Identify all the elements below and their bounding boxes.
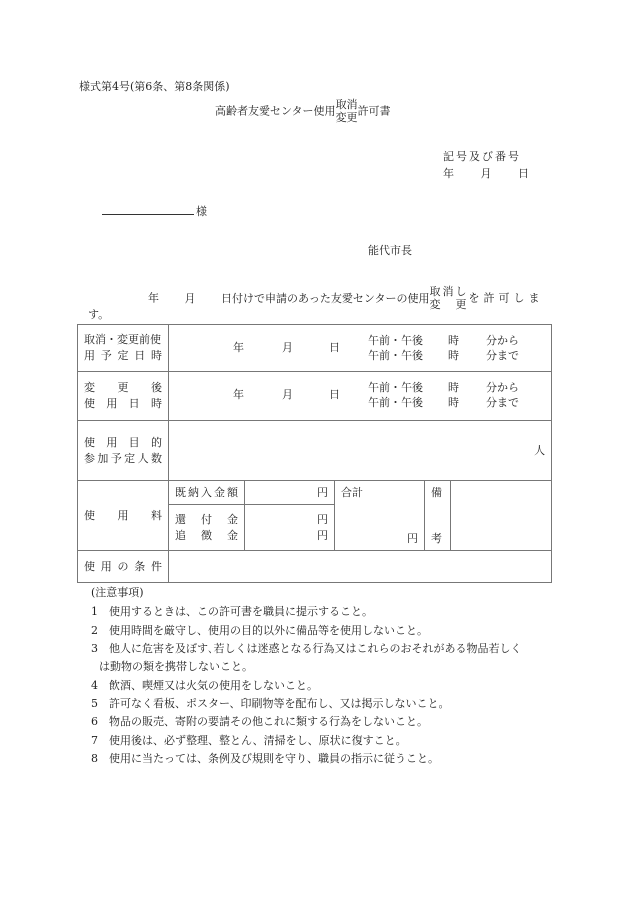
issue-day-label: 日 <box>518 167 529 180</box>
note-item: 5 許可なく看板、ポスター、印刷物等を配布し、又は掲示しないこと。 <box>91 698 450 709</box>
label-char: 付 <box>201 512 212 528</box>
note-item-continuation: は動物の類を携帯しないこと。 <box>99 661 253 672</box>
before-month-label: 月 <box>282 342 293 353</box>
label-char: 金 <box>227 528 238 544</box>
row-before-change: 取消・変更前使 用予定日時 年 月 日 午前・午後 時 分から 午前・午後 時 … <box>78 325 552 372</box>
before-year-label: 年 <box>233 342 244 353</box>
remarks-label-bottom: 考 <box>431 533 442 544</box>
label-paid-amount: 既納入金額 <box>169 481 245 505</box>
label-char: 入 <box>201 485 212 501</box>
row-after-change: 変更後 使用日時 年 月 日 午前・午後 時 分から 午前・午後 時 分まで <box>78 372 552 421</box>
before-ampm-from[interactable]: 午前・午後 <box>368 335 423 346</box>
additional-yen-unit: 円 <box>245 528 328 544</box>
before-hour-from-label: 時 <box>448 335 459 346</box>
label-char: 使 <box>84 559 95 575</box>
before-minute-from-label: 分から <box>486 335 519 346</box>
after-minute-to-label: 分まで <box>486 397 519 408</box>
before-hour-to-label: 時 <box>448 350 459 361</box>
note-item: 3 他人に危害を及ぼす､若しくは迷惑となる行為又はこれらのおそれがある物品若しく <box>91 643 522 654</box>
row-conditions: 使用の条件 <box>78 551 552 583</box>
label-refund-chars: 還付金 <box>175 512 244 528</box>
document-title: 高齢者友愛センター使用取消変更許可書 <box>215 98 391 124</box>
label-purpose-line1: 使用目的 <box>84 435 168 451</box>
label-char: 日 <box>129 396 140 412</box>
label-char: 加 <box>97 451 108 467</box>
paid-amount-field[interactable]: 円 <box>245 481 335 505</box>
label-char: 額 <box>227 485 238 501</box>
label-char: 金 <box>214 485 225 501</box>
label-before-line1: 取消・変更前使 <box>84 332 168 348</box>
title-change: 変更 <box>336 111 358 124</box>
conditions-field[interactable] <box>169 551 552 583</box>
after-day-label: 日 <box>329 389 340 400</box>
label-additional-chars: 追徴金 <box>175 528 244 544</box>
note-item: 4 飲酒、喫煙又は火気の使用をしないこと。 <box>91 680 318 691</box>
issue-year-label: 年 <box>443 167 454 180</box>
label-fee: 使用料 <box>78 481 169 551</box>
label-before-line2: 用予定日時 <box>84 348 168 364</box>
statement-continuation: す。 <box>88 309 109 320</box>
statement-year-label: 年 <box>148 292 159 305</box>
label-char: 後 <box>151 380 162 396</box>
remarks-label-top: 備 <box>431 487 442 498</box>
label-char: 参 <box>84 451 95 467</box>
label-conditions: 使用の条件 <box>78 551 169 583</box>
label-char: 納 <box>188 485 199 501</box>
row-purpose: 使用目的 参加予定人数 人 <box>78 421 552 481</box>
notes-heading: (注意事項) <box>91 587 144 598</box>
issue-date: 年 月 日 <box>443 168 529 179</box>
label-char: 用 <box>84 348 95 364</box>
label-char: 使 <box>84 435 95 451</box>
label-char: 変 <box>84 380 95 396</box>
label-refund-additional: 還付金 追徴金 <box>169 505 245 551</box>
label-char: 時 <box>151 348 162 364</box>
label-char: の <box>118 559 129 575</box>
label-after-line1: 変更後 <box>84 380 168 396</box>
label-fee-chars: 使用料 <box>84 508 168 524</box>
title-suffix: 許可書 <box>358 105 391 118</box>
after-datetime-field[interactable]: 年 月 日 午前・午後 時 分から 午前・午後 時 分まで <box>169 372 552 421</box>
refund-additional-field[interactable]: 円 円 <box>245 505 335 551</box>
after-ampm-from[interactable]: 午前・午後 <box>368 382 423 393</box>
label-char: 用 <box>106 435 117 451</box>
statement-month-label: 月 <box>185 292 196 305</box>
label-char: 用 <box>101 559 112 575</box>
before-minute-to-label: 分まで <box>486 350 519 361</box>
addressee-name-line[interactable] <box>102 214 194 215</box>
label-char: 条 <box>134 559 145 575</box>
total-label: 合計 <box>341 487 363 498</box>
label-char: 数 <box>151 451 162 467</box>
purpose-field[interactable]: 人 <box>169 421 552 481</box>
issue-month-label: 月 <box>481 167 492 180</box>
label-char: 定 <box>124 451 135 467</box>
label-conditions-chars: 使用の条件 <box>84 559 168 575</box>
after-hour-from-label: 時 <box>448 382 459 393</box>
label-char: 用 <box>106 396 117 412</box>
before-datetime-field[interactable]: 年 月 日 午前・午後 時 分から 午前・午後 時 分まで <box>169 325 552 372</box>
remarks-field[interactable] <box>451 481 552 551</box>
remarks-label-cell: 備 考 <box>425 481 451 551</box>
label-char: 日 <box>134 348 145 364</box>
label-purpose: 使用目的 参加予定人数 <box>78 421 169 481</box>
label-purpose-line2: 参加予定人数 <box>84 451 168 467</box>
title-prefix: 高齢者友愛センター使用 <box>215 105 336 118</box>
label-char: 使 <box>84 396 95 412</box>
label-char: 更 <box>118 380 129 396</box>
addressee-suffix: 様 <box>196 206 207 217</box>
label-char: 時 <box>151 396 162 412</box>
issuer: 能代市長 <box>368 245 412 256</box>
after-month-label: 月 <box>282 389 293 400</box>
label-char: 徴 <box>201 528 212 544</box>
after-year-label: 年 <box>233 389 244 400</box>
total-field[interactable]: 合計 円 <box>335 481 425 551</box>
permit-table: 取消・変更前使 用予定日時 年 月 日 午前・午後 時 分から 午前・午後 時 … <box>77 324 552 583</box>
before-day-label: 日 <box>329 342 340 353</box>
statement-stack: 取消し変 更 <box>429 285 468 311</box>
label-char: 使 <box>84 508 95 524</box>
note-item: 7 使用後は、必ず整理、整とん、清掃をし、原状に復すこと。 <box>91 735 407 746</box>
note-item: 8 使用に当たっては、条例及び規則を守り、職員の指示に従うこと。 <box>91 753 439 764</box>
label-char: 金 <box>227 512 238 528</box>
record-number-label: 記号及び番号 <box>443 151 521 162</box>
statement-change: 変 更 <box>429 298 468 311</box>
note-item: 6 物品の販売、寄附の要請その他これに類する行為をしないこと。 <box>91 716 428 727</box>
label-char: 的 <box>151 435 162 451</box>
statement-text: 日付けで申請のあった友愛センターの使用 <box>221 292 429 305</box>
label-char: 件 <box>151 559 162 575</box>
note-item: 1 使用するときは、この許可書を職員に提示すること。 <box>91 606 373 617</box>
paid-yen-unit: 円 <box>317 486 328 499</box>
title-stack: 取消変更 <box>336 98 358 124</box>
statement-ending: を許可しま <box>468 292 543 305</box>
label-after-change: 変更後 使用日時 <box>78 372 169 421</box>
total-yen-unit: 円 <box>407 533 418 544</box>
title-cancel: 取消 <box>336 98 358 111</box>
label-char: 還 <box>175 512 186 528</box>
label-char: 用 <box>118 508 129 524</box>
label-after-line2: 使用日時 <box>84 396 168 412</box>
row-fee-paid: 使用料 既納入金額 円 合計 円 備 考 <box>78 481 552 505</box>
refund-yen-unit: 円 <box>245 512 328 528</box>
label-char: 料 <box>151 508 162 524</box>
label-char: 目 <box>129 435 140 451</box>
before-ampm-to[interactable]: 午前・午後 <box>368 350 423 361</box>
after-minute-from-label: 分から <box>486 382 519 393</box>
label-char: 追 <box>175 528 186 544</box>
label-char: 定 <box>118 348 129 364</box>
participants-unit: 人 <box>534 444 545 457</box>
note-item: 2 使用時間を厳守し、使用の目的以外に備品等を使用しないこと。 <box>91 625 428 636</box>
after-ampm-to[interactable]: 午前・午後 <box>368 397 423 408</box>
label-paid-chars: 既納入金額 <box>175 485 244 501</box>
permission-statement: 年 月 日付けで申請のあった友愛センターの使用取消し変 更を許可しま <box>148 285 543 311</box>
label-char: 人 <box>138 451 149 467</box>
label-char: 既 <box>175 485 186 501</box>
label-char: 予 <box>101 348 112 364</box>
label-before-change: 取消・変更前使 用予定日時 <box>78 325 169 372</box>
label-char: 予 <box>111 451 122 467</box>
after-hour-to-label: 時 <box>448 397 459 408</box>
form-number: 様式第4号(第6条、第8条関係) <box>79 81 230 92</box>
statement-cancel: 取消し <box>429 285 468 298</box>
